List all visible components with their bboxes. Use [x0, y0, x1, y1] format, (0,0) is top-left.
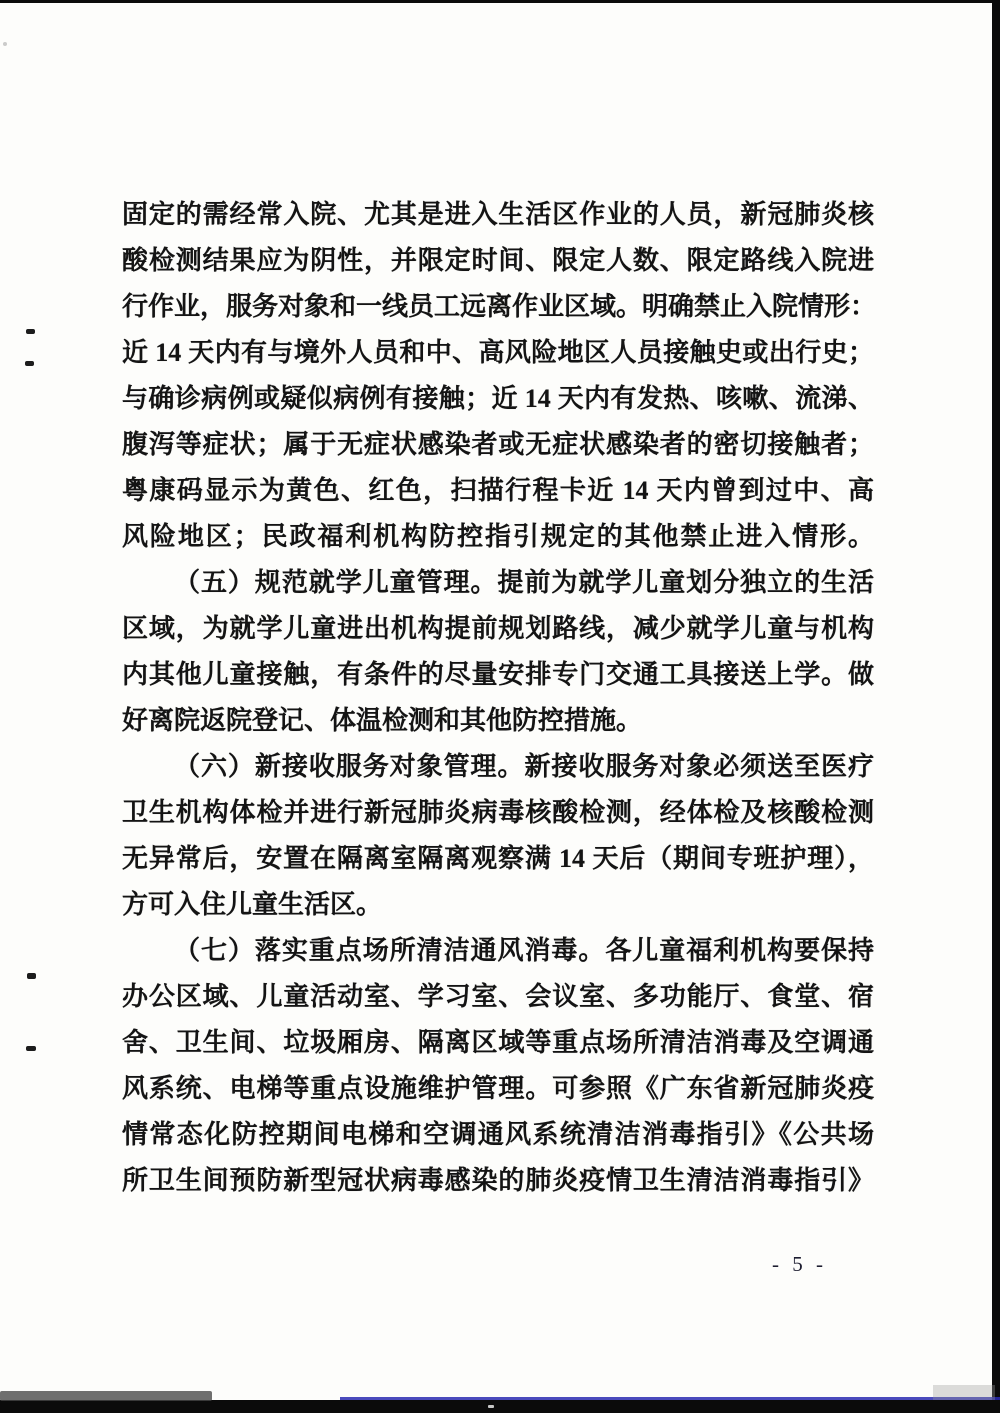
- scan-speck: [3, 42, 7, 46]
- scan-edge-bottom: [0, 1400, 1000, 1413]
- scan-speck: [25, 361, 34, 366]
- text-line: 行作业，服务对象和一线员工远离作业区域。明确禁止入院情形：: [122, 284, 874, 330]
- text-line: 内其他儿童接触，有条件的尽量安排专门交通工具接送上学。做: [122, 652, 874, 698]
- page-number: - 5 -: [772, 1252, 827, 1277]
- text-line: 舍、卫生间、垃圾厢房、隔离区域等重点场所清洁消毒及空调通: [122, 1020, 874, 1066]
- text-line: 风险地区；民政福利机构防控指引规定的其他禁止进入情形。: [122, 514, 874, 560]
- scan-blue-line: [340, 1397, 1000, 1400]
- text-line: 与确诊病例或疑似病例有接触；近 14 天内有发热、咳嗽、流涕、: [122, 376, 874, 422]
- scanned-document-page: 固定的需经常入院、尤其是进入生活区作业的人员，新冠肺炎核酸检测结果应为阴性，并限…: [0, 0, 1000, 1413]
- text-line: （七）落实重点场所清洁通风消毒。各儿童福利机构要保持: [122, 928, 874, 974]
- document-body: 固定的需经常入院、尤其是进入生活区作业的人员，新冠肺炎核酸检测结果应为阴性，并限…: [122, 192, 874, 1204]
- text-line: 卫生机构体检并进行新冠肺炎病毒核酸检测，经体检及核酸检测: [122, 790, 874, 836]
- scan-edge-right: [992, 0, 1000, 1413]
- text-line: （五）规范就学儿童管理。提前为就学儿童划分独立的生活: [122, 560, 874, 606]
- text-line: 无异常后，安置在隔离室隔离观察满 14 天后（期间专班护理），: [122, 836, 874, 882]
- scan-smudge-bottom-right: [933, 1385, 995, 1400]
- text-line: 情常态化防控期间电梯和空调通风系统清洁消毒指引》《公共场: [122, 1112, 874, 1158]
- text-line: 办公区域、儿童活动室、学习室、会议室、多功能厅、食堂、宿: [122, 974, 874, 1020]
- text-line: （六）新接收服务对象管理。新接收服务对象必须送至医疗: [122, 744, 874, 790]
- scan-speck: [26, 1046, 36, 1051]
- text-line: 好离院返院登记、体温检测和其他防控措施。: [122, 698, 874, 744]
- text-line: 区域，为就学儿童进出机构提前规划路线，减少就学儿童与机构: [122, 606, 874, 652]
- scan-smudge-bottom-left: [0, 1391, 212, 1401]
- text-line: 方可入住儿童生活区。: [122, 882, 874, 928]
- scan-edge-top: [0, 0, 1000, 3]
- text-line: 固定的需经常入院、尤其是进入生活区作业的人员，新冠肺炎核: [122, 192, 874, 238]
- text-line: 近 14 天内有与境外人员和中、高风险地区人员接触史或出行史；: [122, 330, 874, 376]
- text-line: 腹泻等症状；属于无症状感染者或无症状感染者的密切接触者；: [122, 422, 874, 468]
- scan-speck: [26, 329, 35, 334]
- text-line: 风系统、电梯等重点设施维护管理。可参照《广东省新冠肺炎疫: [122, 1066, 874, 1112]
- scan-speck: [488, 1405, 494, 1408]
- text-line: 所卫生间预防新型冠状病毒感染的肺炎疫情卫生清洁消毒指引》: [122, 1158, 874, 1204]
- scan-speck: [27, 973, 36, 979]
- text-line: 粤康码显示为黄色、红色，扫描行程卡近 14 天内曾到过中、高: [122, 468, 874, 514]
- text-line: 酸检测结果应为阴性，并限定时间、限定人数、限定路线入院进: [122, 238, 874, 284]
